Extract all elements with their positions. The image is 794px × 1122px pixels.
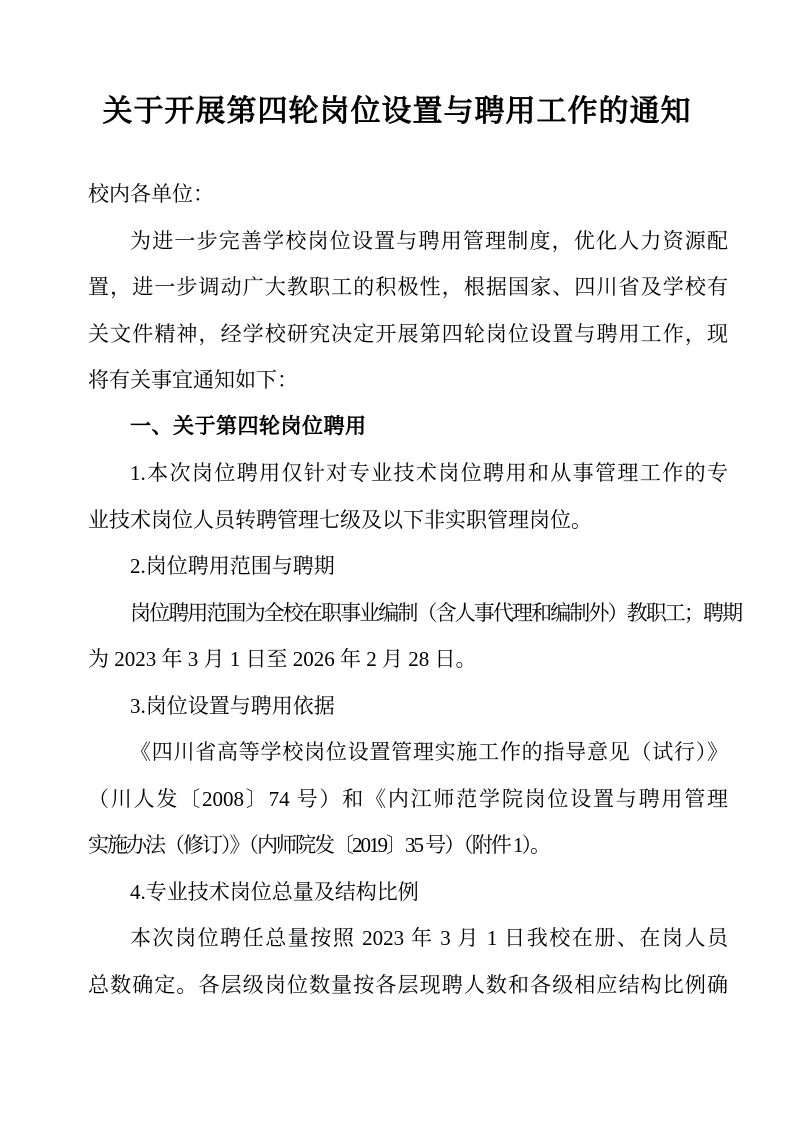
item-2-line-2: 为 2023 年 3 月 1 日至 2026 年 2 月 28 日。 [88,636,728,683]
intro-paragraph-line-1: 为进一步完善学校岗位设置与聘用管理制度，优化人力资源配 [88,218,728,265]
salutation-line: 校内各单位： [88,171,728,218]
document-page: 关于开展第四轮岗位设置与聘用工作的通知 校内各单位： 为进一步完善学校岗位设置与… [0,0,794,1122]
item-2-line-1: 岗位聘用范围为全校在职事业编制（含人事代理和编制外）教职工；聘期 [88,590,728,637]
item-4-heading: 4.专业技术岗位总量及结构比例 [88,869,728,916]
item-3-heading: 3.岗位设置与聘用依据 [88,683,728,730]
item-3-line-3: 实施办法（修订）》（内师院发〔2019〕35 号）（附件 1）。 [88,822,728,869]
item-3-line-2: （川人发〔2008〕74 号）和《内江师范学院岗位设置与聘用管理 [88,776,728,823]
document-title: 关于开展第四轮岗位设置与聘用工作的通知 [0,91,794,133]
item-3-line-1: 《四川省高等学校岗位设置管理实施工作的指导意见（试行）》 [88,729,728,776]
intro-paragraph-line-3: 关文件精神，经学校研究决定开展第四轮岗位设置与聘用工作，现 [88,311,728,358]
item-4-line-2: 总数确定。各层级岗位数量按各层现聘人数和各级相应结构比例确 [88,962,728,1009]
document-body: 校内各单位： 为进一步完善学校岗位设置与聘用管理制度，优化人力资源配 置，进一步… [88,171,728,1008]
item-1-line-2: 业技术岗位人员转聘管理七级及以下非实职管理岗位。 [88,497,728,544]
item-2-heading: 2.岗位聘用范围与聘期 [88,543,728,590]
item-1-line-1: 1.本次岗位聘用仅针对专业技术岗位聘用和从事管理工作的专 [88,450,728,497]
intro-paragraph-line-4: 将有关事宜通知如下： [88,357,728,404]
intro-paragraph-line-2: 置，进一步调动广大教职工的积极性，根据国家、四川省及学校有 [88,264,728,311]
item-4-line-1: 本次岗位聘任总量按照 2023 年 3 月 1 日我校在册、在岗人员 [88,915,728,962]
section-1-heading: 一、关于第四轮岗位聘用 [88,404,728,451]
